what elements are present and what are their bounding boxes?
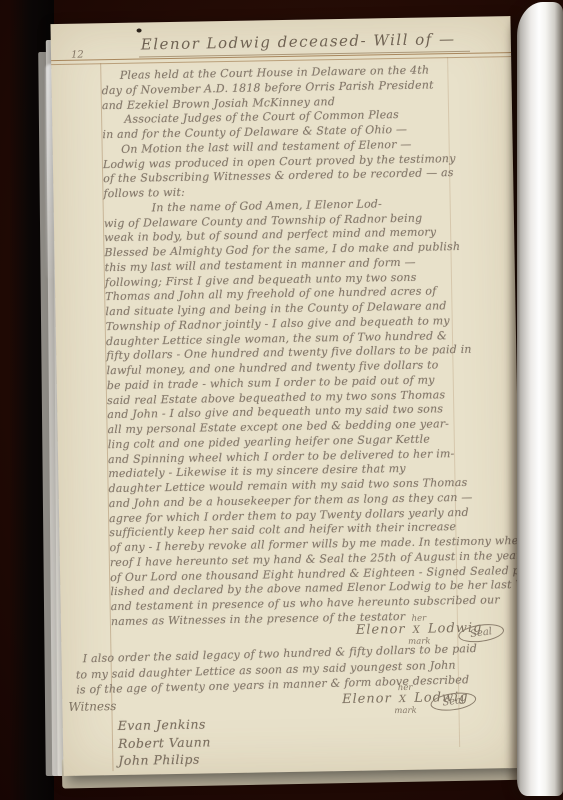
will-record-photograph: 12 Elenor Lodwig deceased- Will of — Ple… xyxy=(0,0,563,800)
text-line: Robert Vaunn xyxy=(118,733,211,752)
mark-cross: X xyxy=(411,625,423,636)
seal-label: Seal xyxy=(470,626,493,640)
text-line: Evan Jenkins xyxy=(118,715,211,734)
signature-first-name: Elenor xyxy=(356,622,406,638)
page-holder-bar xyxy=(517,2,563,796)
ledger-page: 12 Elenor Lodwig deceased- Will of — Ple… xyxy=(50,16,523,776)
ink-blot xyxy=(137,28,142,32)
record-header: Elenor Lodwig deceased- Will of — xyxy=(139,29,470,54)
text-line: John Philips xyxy=(118,750,211,769)
signature-first-name: Elenor xyxy=(342,691,392,707)
witness-label: Witness xyxy=(68,699,116,714)
mark-cross: X xyxy=(397,694,409,705)
seal-label: Seal xyxy=(442,695,465,709)
witness-signatures: Evan JenkinsRobert VaunnJohn Philips xyxy=(118,715,212,769)
will-body-text: Pleas held at the Court House in Delawar… xyxy=(101,62,496,629)
